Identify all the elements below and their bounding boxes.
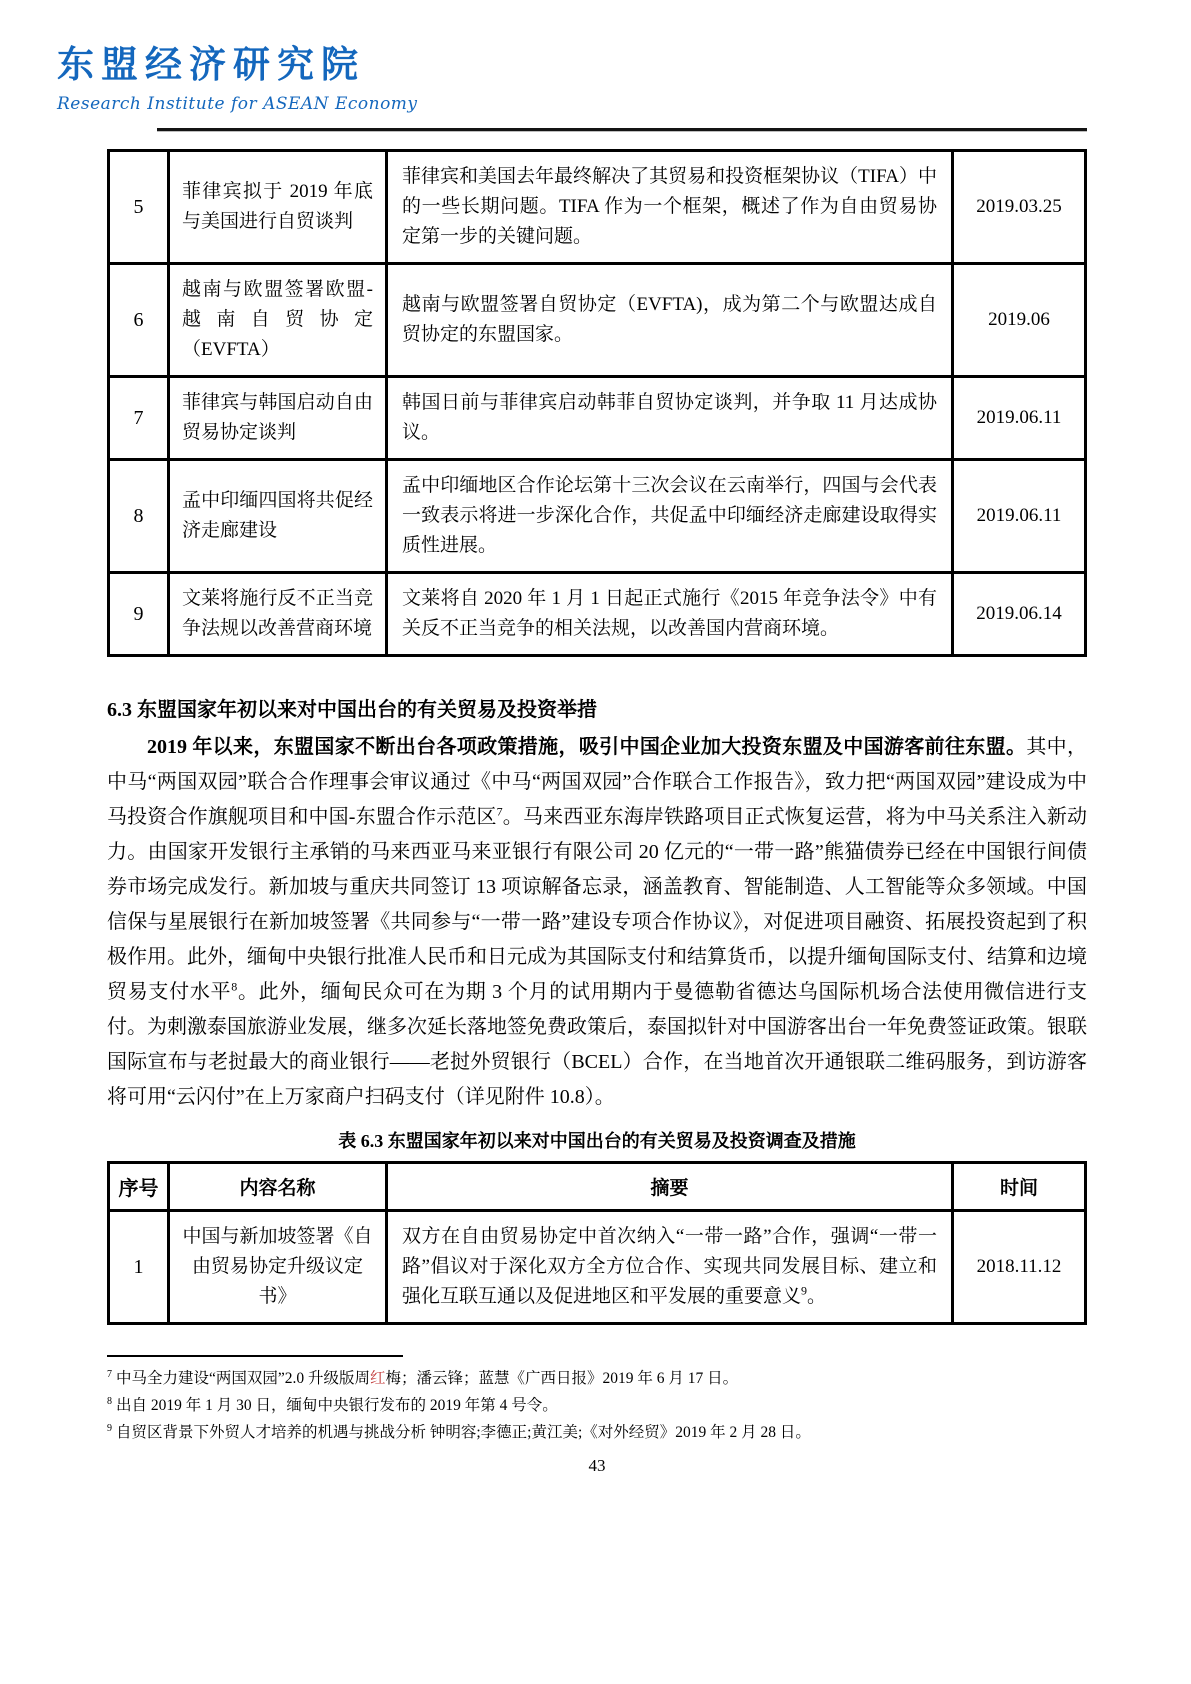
column-header-name: 内容名称 (169, 1163, 387, 1211)
table-caption: 表 6.3 东盟国家年初以来对中国出台的有关贸易及投资调查及措施 (107, 1127, 1087, 1153)
row-date: 2019.06.11 (953, 460, 1086, 573)
table-row: 8 孟中印缅四国将共促经济走廊建设 孟中印缅地区合作论坛第十三次会议在云南举行，… (109, 460, 1086, 573)
row-summary-tail: 。 (807, 1286, 826, 1307)
row-number: 1 (109, 1211, 169, 1324)
row-date: 2019.06 (953, 264, 1086, 377)
row-title: 菲律宾与韩国启动自由贸易协定谈判 (169, 377, 387, 460)
row-date: 2019.06.14 (953, 573, 1086, 656)
footnote-marker: 8 (107, 1396, 112, 1407)
row-date: 2019.03.25 (953, 151, 1086, 264)
column-header-summary: 摘要 (387, 1163, 953, 1211)
footnote-marker: 9 (107, 1423, 112, 1434)
footnote-text-red: 红 (370, 1370, 386, 1387)
footnote-divider (107, 1355, 403, 1357)
report-header: 东盟经济研究院 Research Institute for ASEAN Eco… (57, 34, 1087, 114)
row-number: 8 (109, 460, 169, 573)
row-title: 中国与新加坡签署《自由贸易协定升级议定书》 (169, 1211, 387, 1324)
row-number: 5 (109, 151, 169, 264)
table-row: 7 菲律宾与韩国启动自由贸易协定谈判 韩国日前与菲律宾启动韩菲自贸协定谈判，并争… (109, 377, 1086, 460)
footnote-text: 出自 2019 年 1 月 30 日，缅甸中央银行发布的 2019 年第 4 号… (116, 1397, 558, 1414)
paragraph-text: 。此外，缅甸民众可在为期 3 个月的试用期内于曼德勒省德达乌国际机场合法使用微信… (107, 981, 1087, 1108)
row-summary: 双方在自由贸易协定中首次纳入“一带一路”合作，强调“一带一路”倡议对于深化双方全… (387, 1211, 953, 1324)
institute-logo-english: Research Institute for ASEAN Economy (57, 94, 1087, 114)
document-page: 东盟经济研究院 Research Institute for ASEAN Eco… (0, 0, 1191, 1476)
column-header-date: 时间 (953, 1163, 1086, 1211)
row-title: 越南与欧盟签署欧盟-越南自贸协定（EVFTA） (169, 264, 387, 377)
footnote-text: 自贸区背景下外贸人才培养的机遇与挑战分析 钟明容;李德正;黄江美;《对外经贸》2… (116, 1424, 811, 1441)
institute-logo-chinese: 东盟经济研究院 (57, 34, 1087, 88)
footnote-9: 9自贸区背景下外贸人才培养的机遇与挑战分析 钟明容;李德正;黄江美;《对外经贸》… (107, 1419, 1087, 1446)
row-title: 文莱将施行反不正当竞争法规以改善营商环境 (169, 573, 387, 656)
table-row: 9 文莱将施行反不正当竞争法规以改善营商环境 文莱将自 2020 年 1 月 1… (109, 573, 1086, 656)
row-summary: 孟中印缅地区合作论坛第十三次会议在云南举行，四国与会代表一致表示将进一步深化合作… (387, 460, 953, 573)
row-summary: 越南与欧盟签署自贸协定（EVFTA)，成为第二个与欧盟达成自贸协定的东盟国家。 (387, 264, 953, 377)
table-row: 1 中国与新加坡签署《自由贸易协定升级议定书》 双方在自由贸易协定中首次纳入“一… (109, 1211, 1086, 1324)
china-measures-table: 序号 内容名称 摘要 时间 1 中国与新加坡签署《自由贸易协定升级议定书》 双方… (107, 1161, 1087, 1325)
row-date: 2019.06.11 (953, 377, 1086, 460)
paragraph-lead-sentence: 2019 年以来，东盟国家不断出台各项政策措施，吸引中国企业加大投资东盟及中国游… (147, 736, 1026, 758)
table-header-row: 序号 内容名称 摘要 时间 (109, 1163, 1086, 1211)
header-divider (157, 128, 1087, 132)
footnote-8: 8出自 2019 年 1 月 30 日，缅甸中央银行发布的 2019 年第 4 … (107, 1392, 1087, 1419)
column-header-no: 序号 (109, 1163, 169, 1211)
row-summary: 菲律宾和美国去年最终解决了其贸易和投资框架协议（TIFA）中的一些长期问题。TI… (387, 151, 953, 264)
page-number: 43 (107, 1456, 1087, 1476)
row-summary: 文莱将自 2020 年 1 月 1 日起正式施行《2015 年竞争法令》中有关反… (387, 573, 953, 656)
row-date: 2018.11.12 (953, 1211, 1086, 1324)
paragraph-text: 。马来西亚东海岸铁路项目正式恢复运营，将为中马关系注入新动力。由国家开发银行主承… (107, 806, 1087, 1003)
table-row: 5 菲律宾拟于 2019 年底与美国进行自贸谈判 菲律宾和美国去年最终解决了其贸… (109, 151, 1086, 264)
footnote-text: 梅；潘云锋；蓝慧《广西日报》2019 年 6 月 17 日。 (386, 1370, 739, 1387)
row-number: 9 (109, 573, 169, 656)
footnote-text: 中马全力建设“两国双园”2.0 升级版周 (116, 1370, 370, 1387)
section-heading: 6.3 东盟国家年初以来对中国出台的有关贸易及投资举措 (107, 693, 1087, 722)
row-title: 菲律宾拟于 2019 年底与美国进行自贸谈判 (169, 151, 387, 264)
row-summary: 韩国日前与菲律宾启动韩菲自贸协定谈判，并争取 11 月达成协议。 (387, 377, 953, 460)
table-row: 6 越南与欧盟签署欧盟-越南自贸协定（EVFTA） 越南与欧盟签署自贸协定（EV… (109, 264, 1086, 377)
footnote-7: 7中马全力建设“两国双园”2.0 升级版周红梅；潘云锋；蓝慧《广西日报》2019… (107, 1365, 1087, 1392)
row-title: 孟中印缅四国将共促经济走廊建设 (169, 460, 387, 573)
row-number: 6 (109, 264, 169, 377)
trade-measures-table-continued: 5 菲律宾拟于 2019 年底与美国进行自贸谈判 菲律宾和美国去年最终解决了其贸… (107, 149, 1087, 657)
footnote-marker: 7 (107, 1369, 112, 1380)
section-paragraph: 2019 年以来，东盟国家不断出台各项政策措施，吸引中国企业加大投资东盟及中国游… (107, 730, 1087, 1115)
row-summary-text: 双方在自由贸易协定中首次纳入“一带一路”合作，强调“一带一路”倡议对于深化双方全… (402, 1226, 937, 1307)
footnotes-section: 7中马全力建设“两国双园”2.0 升级版周红梅；潘云锋；蓝慧《广西日报》2019… (107, 1355, 1087, 1446)
row-number: 7 (109, 377, 169, 460)
